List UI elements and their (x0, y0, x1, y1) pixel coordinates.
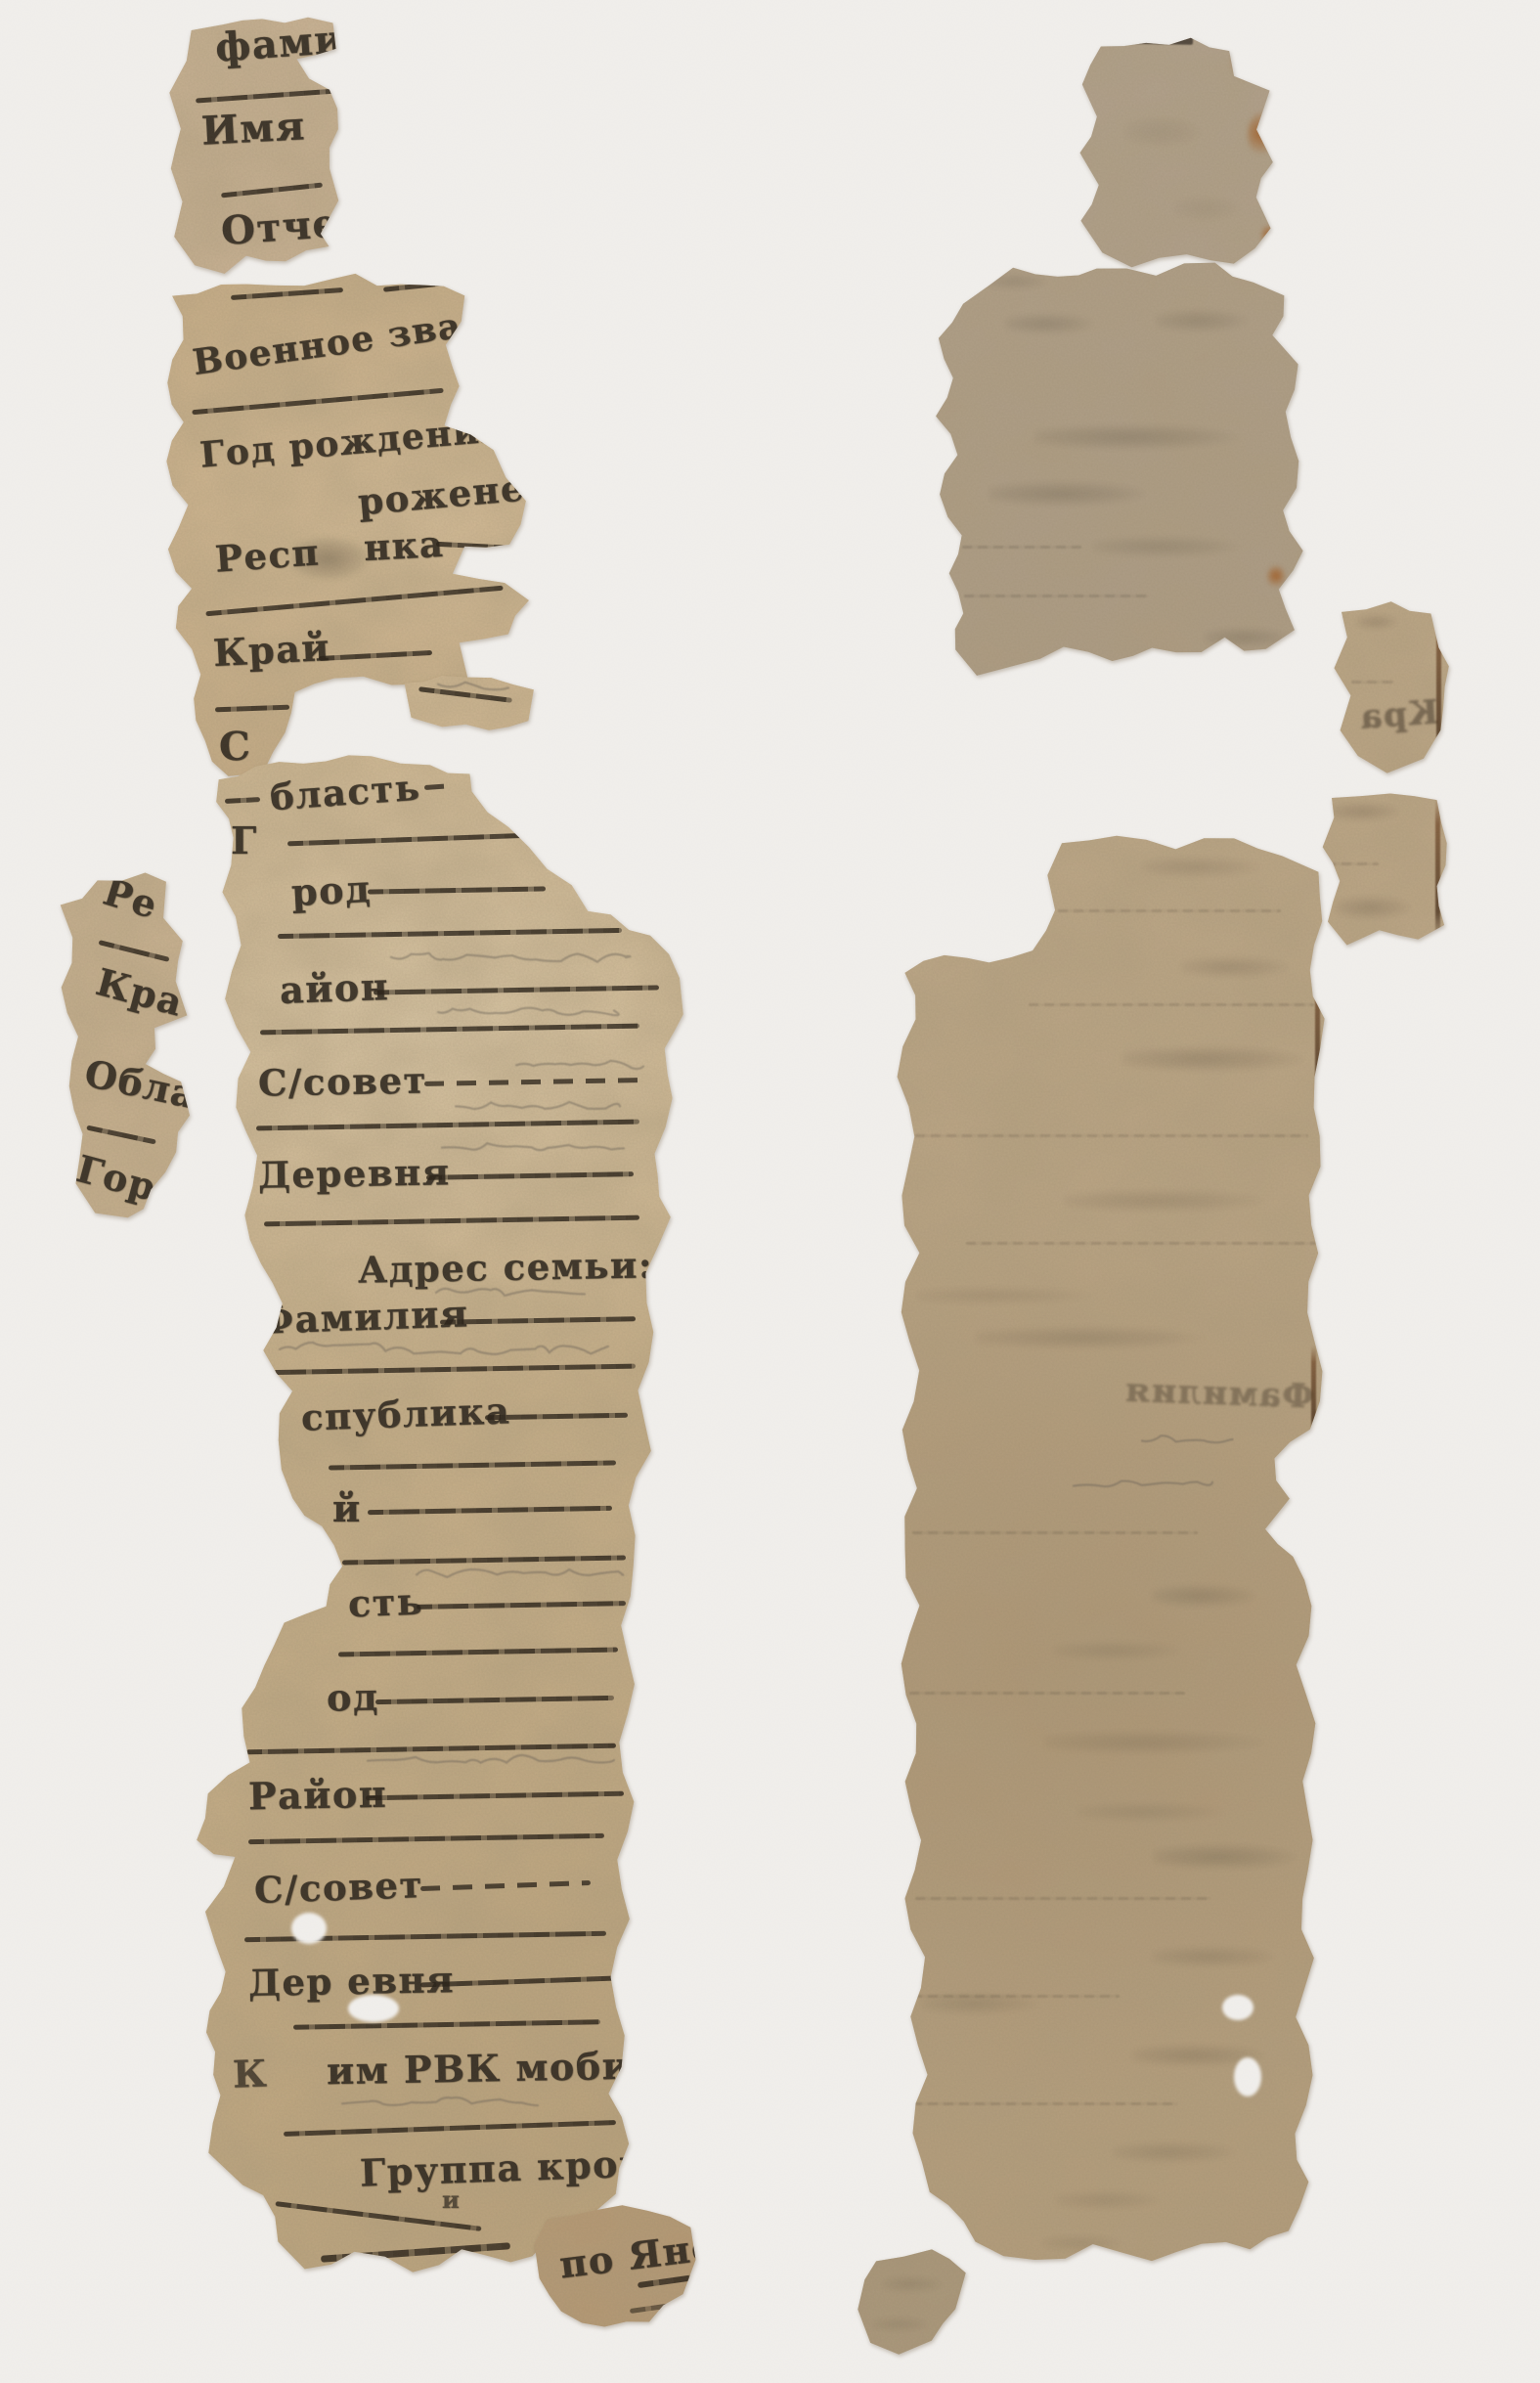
form-label: фамил (214, 18, 375, 67)
form-label: Год рождения (198, 411, 508, 472)
paper-texture (0, 0, 1540, 2383)
pencil-scribble (438, 999, 614, 1027)
form-label: Дер евня (248, 1962, 455, 2002)
fill-in-line (284, 2120, 616, 2137)
ink-smudge (1122, 1046, 1306, 1072)
fragment-name-block: фамилИмяОтчес (0, 0, 1540, 2383)
pencil-scribble (342, 2089, 538, 2116)
faded-rule-line (915, 1134, 1308, 1137)
ink-smudge (883, 2276, 944, 2292)
fill-in-line (86, 1125, 155, 1145)
pencil-scribble (417, 1561, 622, 1588)
fill-in-line (215, 705, 289, 713)
fragment-right-edge-upper-paper: Кра (0, 0, 1540, 2383)
form-label: айон (279, 968, 389, 1009)
ink-smudge (1124, 117, 1203, 147)
form-label: Деревня (258, 1154, 451, 1193)
ink-smudge (1132, 2044, 1267, 2067)
fill-in-line (321, 2242, 510, 2263)
fill-in-line (254, 1364, 636, 1376)
fill-in-line (246, 1743, 616, 1755)
fill-in-line (383, 280, 454, 291)
fill-in-line (440, 1316, 636, 1324)
fill-in-line (275, 2201, 481, 2231)
fragment-right-upper (0, 0, 1540, 2383)
ink-smudge (1154, 1844, 1298, 1870)
ink-smudge (1042, 2235, 1122, 2251)
fill-in-line (248, 1833, 604, 1844)
torn-hole (291, 1913, 327, 1944)
paper-texture (0, 0, 1540, 2383)
fragment-blood-group-note: по Янс (0, 0, 1540, 2383)
fill-in-line (424, 1078, 639, 1086)
form-label: Группа крови (359, 2143, 676, 2191)
ink-smudge (1113, 2141, 1238, 2163)
ink-smudge (1054, 1641, 1183, 1660)
scanned-form-page: РеКраОблаГорВоенное званГод рожденияроже… (0, 0, 1540, 2383)
fill-in-line (319, 650, 432, 661)
ink-smudge (1078, 1802, 1226, 1822)
fill-in-line (638, 2274, 696, 2288)
fill-in-line (368, 886, 546, 894)
fill-in-line (424, 783, 454, 790)
paper-texture (0, 0, 1540, 2383)
form-label: Обла (81, 1054, 199, 1114)
pencil-scribble (368, 1746, 614, 1774)
pencil-scribble (391, 945, 626, 972)
paper-texture (0, 0, 1540, 2383)
paper-texture (0, 0, 1540, 2383)
fill-in-line (225, 797, 260, 804)
fragment-address-block-paper: бластьГродайонС/советДеревняАдрес семьи:… (0, 0, 1540, 2383)
fragment-right-edge-upper: Кра (0, 0, 1540, 2383)
fill-in-line (368, 1506, 612, 1515)
pencil-scribble (436, 1279, 585, 1306)
paper-texture (0, 0, 1540, 2383)
fill-in-line (256, 1120, 639, 1131)
ink-smudge (1056, 2190, 1162, 2210)
torn-hole (348, 1995, 399, 2022)
form-label: Г (231, 822, 258, 860)
ink-smudge (1336, 896, 1412, 919)
faded-rule-line (1029, 1003, 1314, 1006)
paper-texture (0, 0, 1540, 2383)
fill-in-line (420, 1880, 591, 1891)
fragment-right-top (0, 0, 1540, 2383)
form-label: Район (248, 1776, 388, 1815)
burnt-edge-line (1311, 1346, 1316, 1439)
form-label: по Янс (557, 2228, 717, 2283)
form-label: и (442, 2188, 461, 2212)
form-label: Фамилия (257, 1295, 469, 1339)
pencil-scribble (438, 673, 508, 700)
faded-rule-line (964, 595, 1148, 597)
fragment-name-block-paper: фамилИмяОтчес (0, 0, 1540, 2383)
faded-rule-line (909, 1692, 1185, 1695)
fill-in-line (485, 1413, 628, 1421)
ink-smudge (1064, 1189, 1267, 1213)
rust-stain (1248, 111, 1277, 158)
paper-texture (0, 0, 1540, 2383)
form-label: Отчес (220, 202, 366, 251)
fill-in-line (293, 2019, 600, 2029)
form-label: С/совет (253, 1867, 423, 1909)
paper-texture (0, 0, 1540, 2383)
rust-stain (1261, 225, 1277, 246)
pencil-scribble (1074, 1471, 1212, 1498)
burnt-edge-line (1436, 606, 1441, 765)
fragment-small-island (0, 0, 1540, 2383)
form-label: К (232, 2054, 268, 2093)
fragment-right-edge-lower-paper (0, 0, 1540, 2383)
fill-in-line (426, 1171, 634, 1180)
ink-smudge (1142, 857, 1263, 878)
fragment-small-island-paper (0, 0, 1540, 2383)
paper-texture (0, 0, 1540, 2383)
fill-in-line (205, 586, 503, 617)
fragment-rank-birth-block-paper: Военное званГод рожденияроженеРеспнкаКра… (0, 0, 1540, 2383)
form-label: од (327, 1679, 379, 1717)
ink-smudge (976, 1326, 1209, 1349)
fragment-left-strip-paper: РеКраОблаГор (0, 0, 1540, 2383)
fill-in-line (260, 1024, 639, 1036)
pencil-scribble (516, 1052, 643, 1080)
form-label: бласть (269, 770, 422, 816)
fragment-right-top-paper (0, 0, 1540, 2383)
fill-in-line (375, 1696, 614, 1704)
burnt-edge-line (1435, 798, 1440, 941)
ink-smudge (1044, 1731, 1267, 1754)
fill-in-line (374, 985, 659, 994)
rust-stain (1267, 565, 1285, 589)
ink-smudge (1205, 628, 1291, 647)
ink-smudge (1152, 1946, 1277, 1967)
fragment-right-large-paper: Фамилия (0, 0, 1540, 2383)
ink-smudge (293, 536, 372, 581)
ink-smudge (1093, 536, 1242, 557)
faded-rule-line (1326, 862, 1379, 865)
fill-in-line (196, 85, 379, 103)
ink-smudge (922, 1993, 1041, 2014)
fill-in-line (630, 2303, 673, 2314)
form-label: Респ (214, 534, 321, 577)
fill-in-line (338, 1648, 618, 1657)
fragment-right-edge-lower (0, 0, 1540, 2383)
pencil-scribble (442, 1134, 624, 1162)
fill-in-line (278, 928, 622, 939)
form-label: рожене (357, 470, 527, 521)
fill-in-line (287, 833, 532, 847)
mirrored-bleed-label: Кра (1358, 695, 1439, 734)
fill-in-line (98, 940, 169, 962)
ink-smudge (1181, 956, 1291, 978)
torn-hole (1222, 1995, 1254, 2020)
scanner-grain-overlay (0, 0, 1540, 2383)
form-label: С (218, 727, 252, 767)
form-label: С/совет (258, 1062, 427, 1101)
fragment-blood-group-note-paper: по Янс (0, 0, 1540, 2383)
faded-rule-line (912, 1531, 1198, 1534)
ink-smudge (1173, 196, 1242, 221)
fragment-rank-birth-block: Военное званГод рожденияроженеРеспнкаКра… (0, 0, 1540, 2383)
form-label: Адрес семьи: (358, 1247, 654, 1288)
fill-in-line (264, 1215, 639, 1227)
faded-rule-line (1351, 681, 1394, 684)
fragment-right-bottom-piece-paper (0, 0, 1540, 2383)
form-label: нка (363, 526, 445, 566)
form-label: Гор (72, 1150, 160, 1207)
paper-texture (0, 0, 1540, 2383)
dark-edge-bar (1103, 34, 1193, 45)
form-label: й (332, 1490, 362, 1527)
fill-in-line (366, 1791, 624, 1801)
fill-in-line (329, 1460, 616, 1470)
fill-in-line (221, 183, 323, 199)
ink-smudge (1152, 1584, 1257, 1608)
form-label: Ре (100, 873, 162, 925)
ink-smudge (1034, 424, 1242, 450)
fill-in-line (231, 287, 343, 300)
ink-smudge (1156, 309, 1250, 332)
fragment-right-bottom-piece (0, 0, 1540, 2383)
fill-in-line (417, 1601, 626, 1610)
fill-in-line (420, 1976, 616, 1988)
form-label: им РВК мобили (327, 2047, 688, 2090)
form-label: род (290, 870, 373, 911)
fill-in-line (192, 388, 443, 415)
fill-in-line (342, 1555, 626, 1565)
faded-rule-line (915, 1897, 1210, 1900)
torn-hole (1234, 2057, 1261, 2096)
form-label: Кра (93, 963, 188, 1022)
form-label: Военное зван (191, 304, 491, 380)
pencil-scribble (280, 1336, 608, 1363)
ink-smudge (1005, 313, 1095, 334)
ink-smudge (986, 274, 1048, 289)
form-label: Имя (200, 107, 307, 152)
form-label: Край (212, 629, 331, 672)
pencil-scribble (1142, 1426, 1232, 1453)
pencil-scribble (456, 1093, 620, 1121)
form-label: спублика (300, 1392, 510, 1435)
ink-smudge (990, 481, 1148, 507)
fill-in-line (244, 1931, 606, 1942)
faded-rule-line (962, 546, 1081, 549)
fragment-right-large: Фамилия (0, 0, 1540, 2383)
faded-rule-line (966, 1242, 1316, 1245)
fragment-right-upper-paper (0, 0, 1540, 2383)
rust-stain (1230, 47, 1269, 80)
fill-in-line (418, 686, 512, 703)
fill-in-line (436, 542, 518, 551)
ink-smudge (1357, 614, 1398, 630)
form-label: сть (347, 1583, 423, 1623)
paper-texture (0, 0, 1540, 2383)
ink-smudge (1330, 802, 1400, 821)
ink-smudge (873, 2317, 928, 2331)
ink-smudge (917, 1287, 1095, 1304)
faded-rule-line (912, 1995, 1120, 1998)
faded-rule-line (1058, 909, 1281, 912)
fragment-left-strip: РеКраОблаГор (0, 0, 1540, 2383)
mirrored-bleed-label: Фамилия (1123, 1374, 1314, 1414)
burnt-edge-line (1315, 964, 1320, 1103)
faded-rule-line (912, 2102, 1178, 2105)
fragment-address-block: бластьГродайонС/советДеревняАдрес семьи:… (0, 0, 1540, 2383)
